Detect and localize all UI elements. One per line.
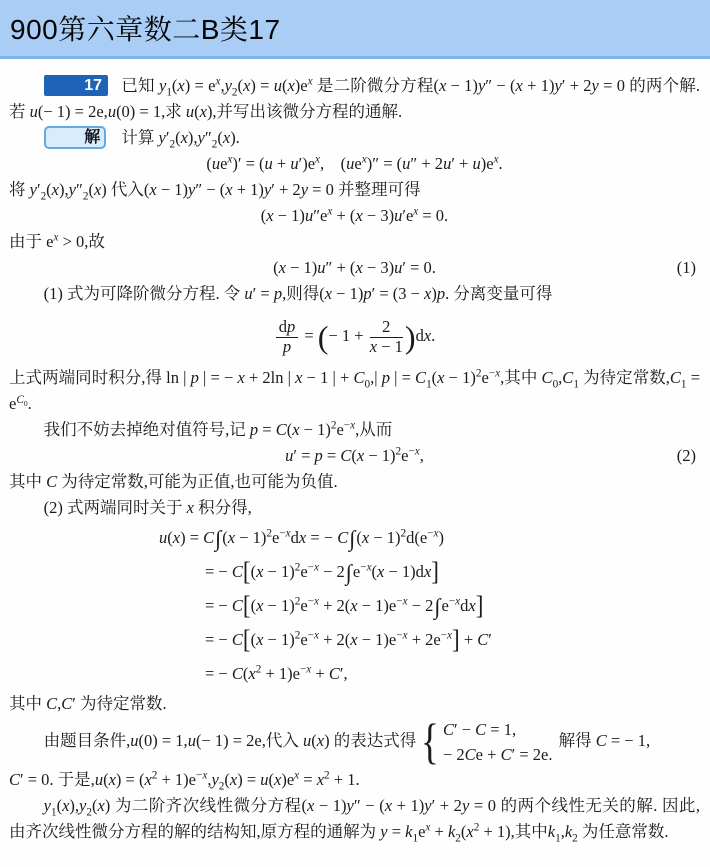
derivation-line: = − C[(x − 1)2e−x + 2(x − 1)e−x + 2e−x] … [159, 623, 700, 657]
system-row: − 2Ce + C′ = 2e. [443, 745, 552, 764]
equation-derivatives-text: (uex)′ = (u + u′)ex, (uex)″ = (u″ + 2u′ … [206, 154, 502, 173]
equation-tag-1: (1) [677, 255, 696, 281]
paragraph-result: C′ = 0. 于是,u(x) = (x2 + 1)e−x,y2(x) = u(… [9, 767, 700, 793]
solution-intro-text: 计算 y′2(x),y″2(x). [121, 128, 239, 147]
fraction-denominator: x − 1 [370, 338, 403, 357]
paragraph-const-note: 其中 C 为待定常数,可能为正值,也可能为负值. [9, 469, 700, 495]
equation-tag-2: (2) [677, 443, 696, 469]
page-header: 900第六章数二B类17 [0, 0, 710, 59]
system-after-text: 解得 C = − 1, [559, 731, 651, 750]
solution-intro: 解 计算 y′2(x),y″2(x). [9, 125, 700, 151]
equals-sign: = [300, 326, 318, 345]
fraction-2-x-1: 2x − 1 [370, 318, 403, 357]
system-rows: C′ − C = 1,− 2Ce + C′ = 2e. [443, 717, 552, 767]
equation-substituted: (x − 1)u″ex + (x − 3)u′ex = 0. [9, 203, 700, 229]
system-row: C′ − C = 1, [443, 720, 516, 739]
paragraph-substitute: 将 y′2(x),y″2(x) 代入(x − 1)y″ − (x + 1)y′ … [9, 177, 700, 203]
paragraph-integrate: 上式两端同时积分,得 ln | p | = − x + 2ln | x − 1 … [9, 365, 700, 417]
fraction-numerator: 2 [370, 318, 403, 338]
paragraph-general-solution: y1(x),y2(x) 为二阶齐次线性微分方程(x − 1)y″ − (x + … [9, 793, 700, 845]
fraction-numerator: dp [276, 318, 299, 338]
derivation-line: u(x) = C∫(x − 1)2e−xdx = − C∫(x − 1)2d(e… [159, 521, 700, 555]
integration-derivation: u(x) = C∫(x − 1)2e−xdx = − C∫(x − 1)2d(e… [159, 521, 700, 691]
system-lead-text: 由题目条件,u(0) = 1,u(− 1) = 2e,代入 u(x) 的表达式得 [44, 731, 417, 750]
paragraph-since: 由于 ex > 0,故 [9, 229, 700, 255]
equation-substituted-text: (x − 1)u″ex + (x − 3)u′ex = 0. [261, 206, 448, 225]
equation-derivatives: (uex)′ = (u + u′)ex, (uex)″ = (u″ + 2u′ … [9, 151, 700, 177]
paren-inner-lead: − 1 + [328, 326, 367, 345]
equation-1: (x − 1)u″ + (x − 3)u′ = 0. (1) [9, 255, 700, 281]
fraction-denominator: p [276, 338, 299, 357]
document-page: 900第六章数二B类17 17 已知 y1(x) = ex,y2(x) = u(… [0, 0, 710, 867]
problem-statement: 17 已知 y1(x) = ex,y2(x) = u(x)ex 是二阶微分方程(… [9, 73, 700, 125]
derivation-line: = − C(x2 + 1)e−x + C′, [159, 657, 700, 691]
equation-separate-variables: dpp = (− 1 + 2x − 1)dx. [9, 312, 700, 360]
solution-badge: 解 [44, 126, 107, 149]
fraction-dp-p: dpp [276, 318, 299, 357]
page-title: 900第六章数二B类17 [10, 8, 281, 48]
paragraph-const2: 其中 C,C′ 为待定常数. [9, 691, 700, 717]
paragraph-system: 由题目条件,u(0) = 1,u(− 1) = 2e,代入 u(x) 的表达式得… [9, 717, 700, 767]
solution-content: 17 已知 y1(x) = ex,y2(x) = u(x)ex 是二阶微分方程(… [0, 59, 710, 845]
derivation-line: = − C[(x − 1)2e−x + 2(x − 1)e−x − 2∫e−xd… [159, 589, 700, 623]
paragraph-integrate2: (2) 式两端同时关于 x 积分得, [9, 495, 700, 521]
equation-1-text: (x − 1)u″ + (x − 3)u′ = 0. [273, 258, 436, 277]
equation-2: u′ = p = C(x − 1)2e−x, (2) [9, 443, 700, 469]
paragraph-order-reduce: (1) 式为可降阶微分方程. 令 u′ = p,则得(x − 1)p′ = (3… [9, 281, 700, 307]
equation-tail: dx. [416, 326, 436, 345]
problem-number-badge: 17 [44, 75, 108, 96]
equation-2-text: u′ = p = C(x − 1)2e−x, [285, 446, 424, 465]
derivation-line: = − C[(x − 1)2e−x − 2∫e−x(x − 1)dx] [159, 555, 700, 589]
equation-system: {C′ − C = 1,− 2Ce + C′ = 2e. [418, 717, 552, 767]
problem-text: 已知 y1(x) = ex,y2(x) = u(x)ex 是二阶微分方程(x −… [9, 76, 700, 121]
paragraph-drop-abs: 我们不妨去掉绝对值符号,记 p = C(x − 1)2e−x,从而 [9, 417, 700, 443]
